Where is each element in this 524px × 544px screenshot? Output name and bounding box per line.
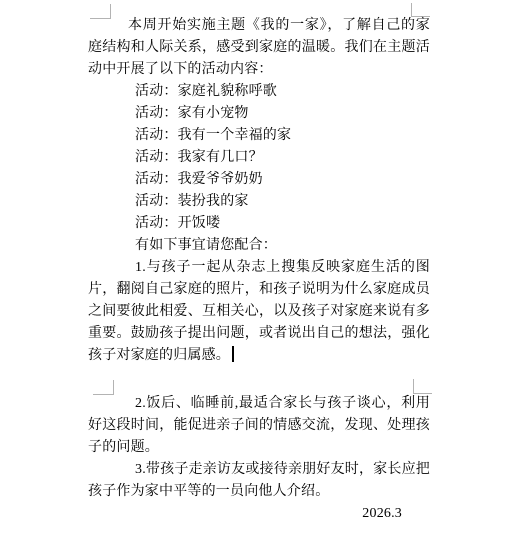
item-paragraph-2: 2.饭后、临睡前,最适合家长与孩子谈心，利用好这段时间，能促进亲子间的情感交流，… — [88, 393, 430, 459]
activity-line: 活动：家庭礼貌称呼歌 — [88, 81, 430, 103]
activity-line: 活动：我爱爷爷奶奶 — [88, 169, 430, 191]
text-cursor — [232, 346, 234, 362]
item-3-text: 3.带孩子走亲访友或接待亲朋好友时，家长应把孩子作为家中平等的一员向他人介绍。 — [88, 462, 430, 499]
activity-line: 活动：开饭喽 — [88, 213, 430, 235]
cooperation-intro-line: 有如下事宜请您配合： — [88, 235, 430, 257]
activity-line: 活动：我家有几口？ — [88, 147, 430, 169]
intro-paragraph: 本周开始实施主题《我的一家》，了解自己的家庭结构和人际关系，感受到家庭的温暖。我… — [88, 15, 430, 81]
item-1-text: 1.与孩子一起从杂志上搜集反映家庭生活的图片，翻阅自己家庭的照片，和孩子说明为什… — [88, 260, 430, 363]
date-text: 2026.3 — [362, 506, 402, 521]
page2-text-area[interactable]: 2.饭后、临睡前,最适合家长与孩子谈心，利用好这段时间，能促进亲子间的情感交流，… — [88, 393, 430, 525]
item-2-text: 2.饭后、临睡前,最适合家长与孩子谈心，利用好这段时间，能促进亲子间的情感交流，… — [88, 396, 430, 455]
intro-text: 本周开始实施主题《我的一家》，了解自己的家庭结构和人际关系，感受到家庭的温暖。我… — [88, 18, 430, 77]
word-document-view: { "colors": { "page_background": "#fffff… — [0, 0, 524, 544]
item-paragraph-1: 1.与孩子一起从杂志上搜集反映家庭生活的图片，翻阅自己家庭的照片，和孩子说明为什… — [88, 257, 430, 367]
activity-line: 活动：我有一个幸福的家 — [88, 125, 430, 147]
date-line: 2026.3 — [88, 503, 430, 525]
activity-line: 活动：家有小宠物 — [88, 103, 430, 125]
page1-text-area[interactable]: 本周开始实施主题《我的一家》，了解自己的家庭结构和人际关系，感受到家庭的温暖。我… — [88, 15, 430, 367]
item-paragraph-3: 3.带孩子走亲访友或接待亲朋好友时，家长应把孩子作为家中平等的一员向他人介绍。 — [88, 459, 430, 503]
page2-top-right-margin-mark — [413, 379, 432, 394]
activity-line: 活动：装扮我的家 — [88, 191, 430, 213]
